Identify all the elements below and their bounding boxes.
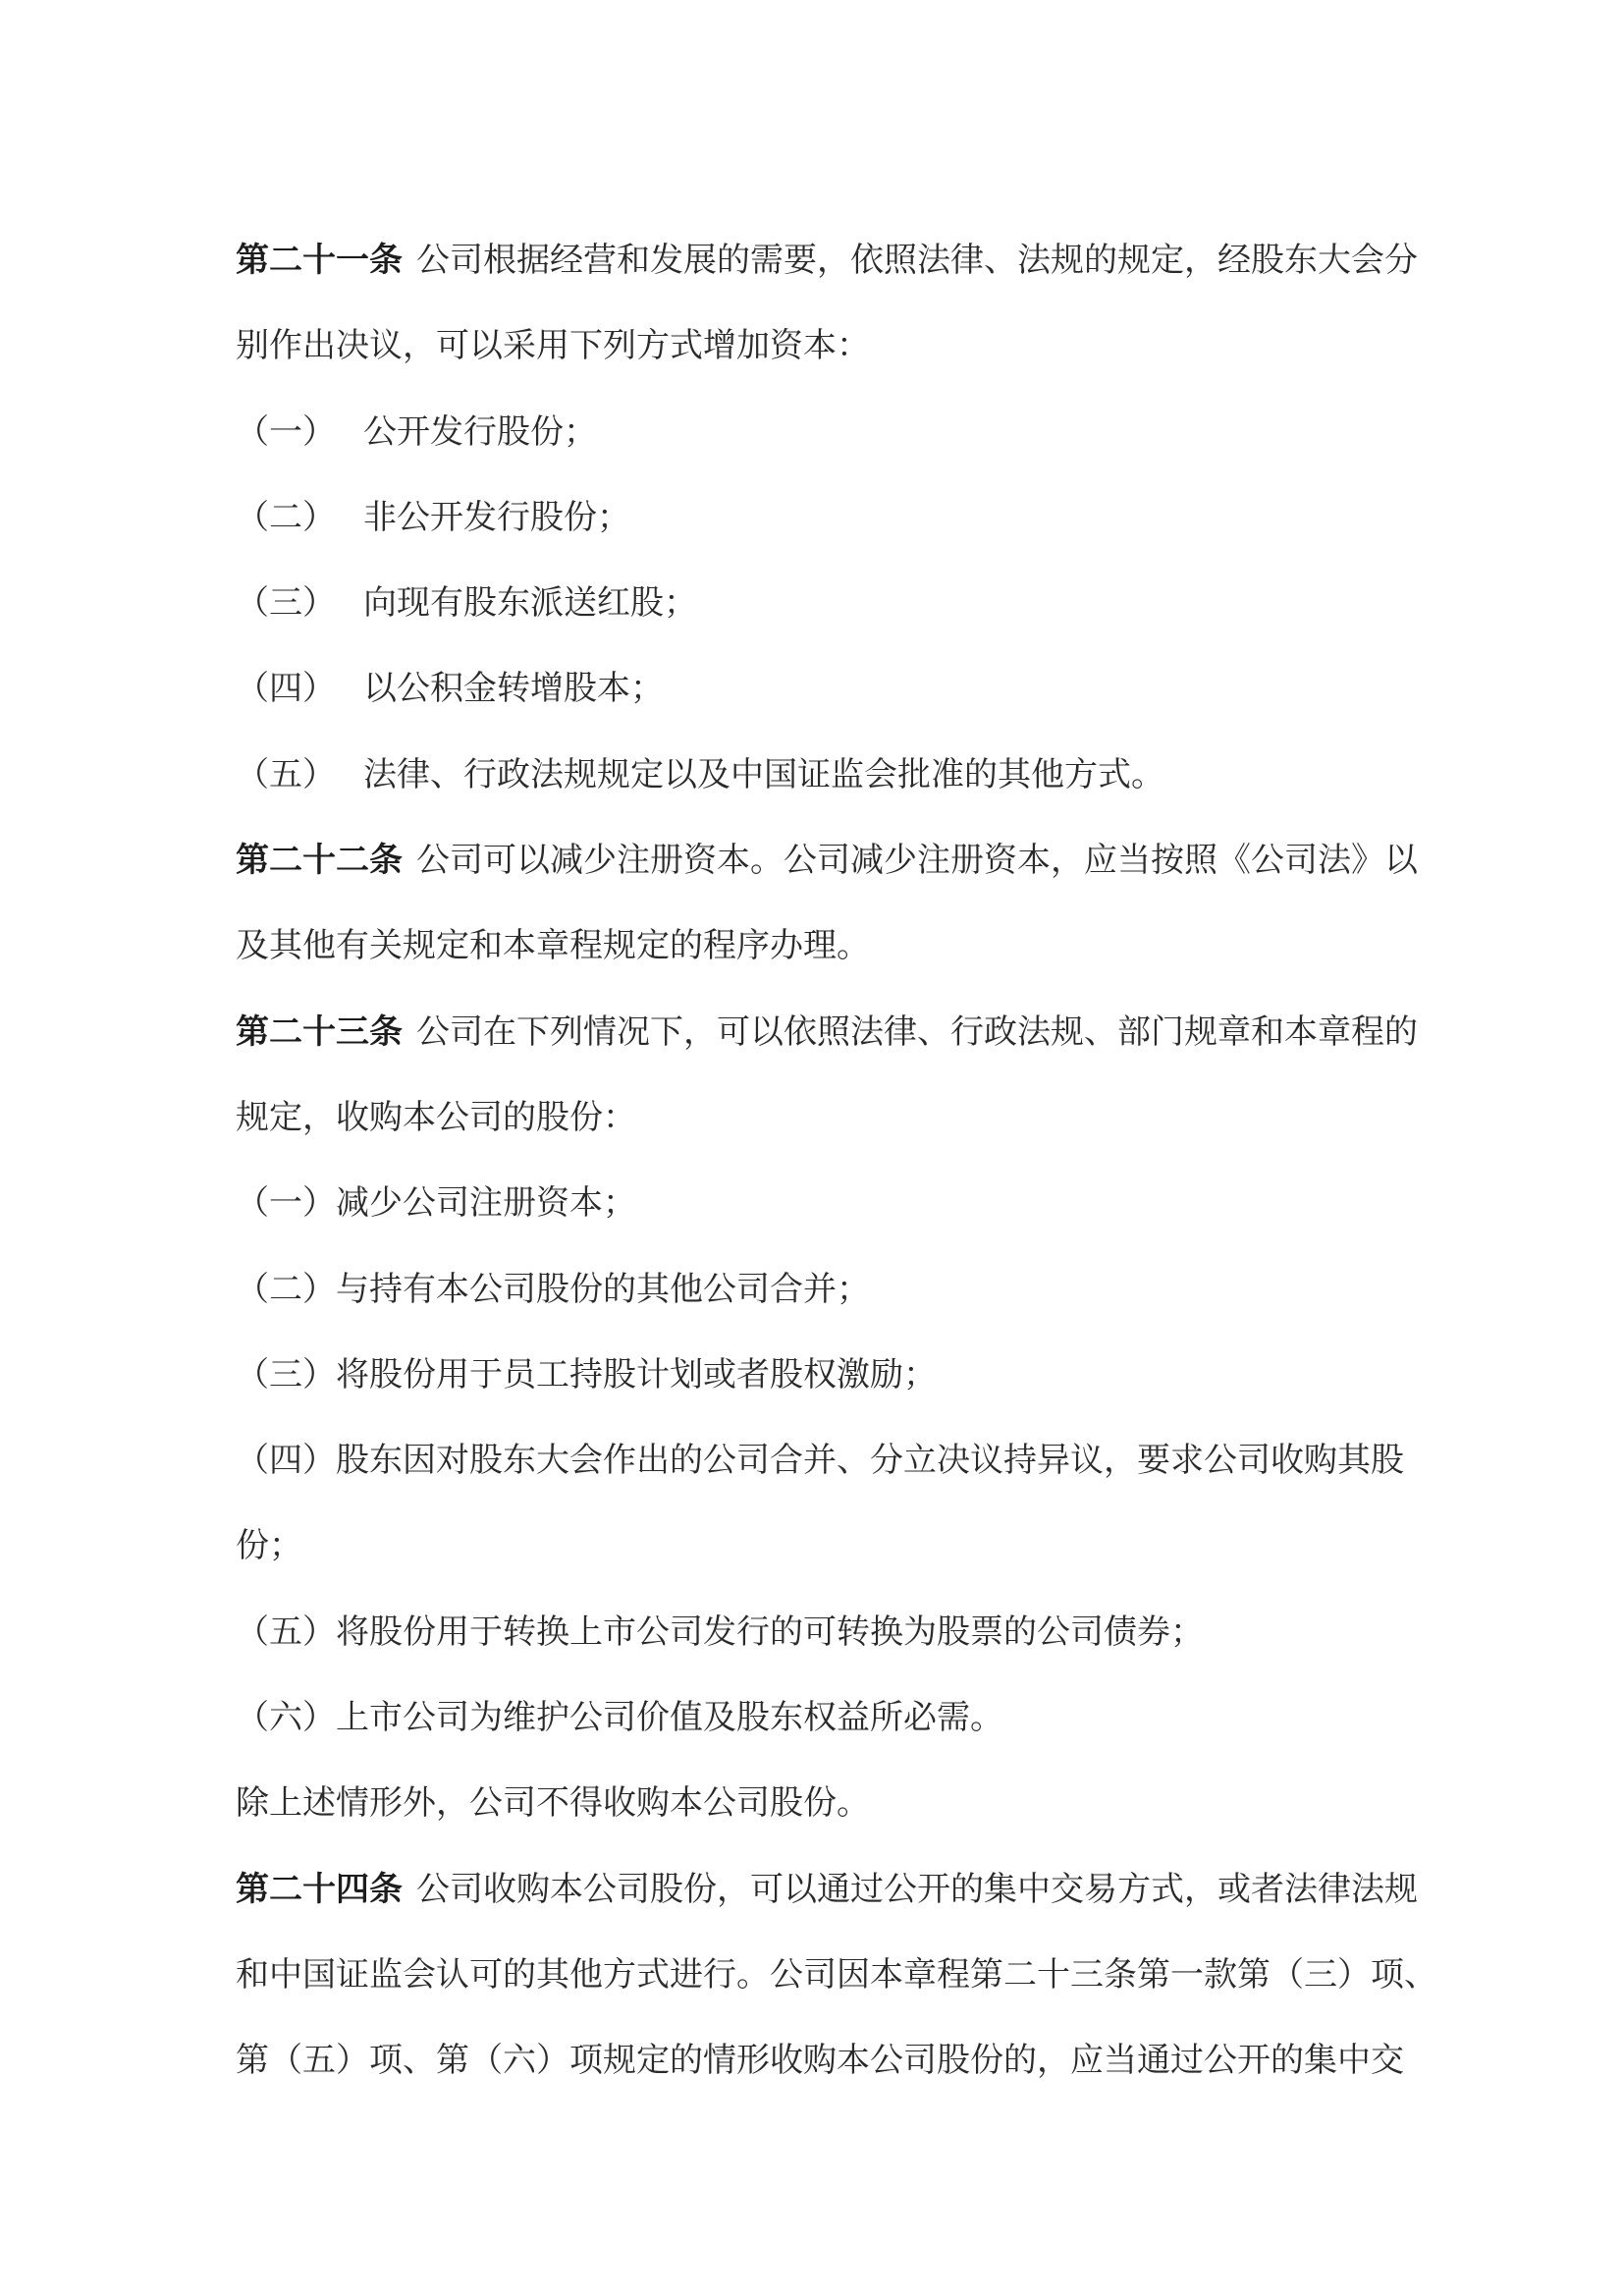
article-heading: 第二十三条 [236,1012,403,1052]
article-heading: 第二十二条 [236,841,403,880]
article-text: 别作出决议，可以采用下列方式增加资本： [236,326,870,365]
document-page: 第二十一条公司根据经营和发展的需要，依照法律、法规的规定，经股东大会分 别作出决… [236,218,1404,2105]
item-text: 份； [236,1526,302,1565]
article-text: 除上述情形外，公司不得收购本公司股份。 [236,1783,870,1823]
article-22-line-2: 及其他有关规定和本章程规定的程序办理。 [236,903,1404,989]
article-24-line-2: 和中国证监会认可的其他方式进行。公司因本章程第二十三条第一款第（三）项、 [236,1933,1404,2018]
item-marker: （二） [236,475,336,561]
item-marker: （五） [236,733,336,818]
article-text: 公司可以减少注册资本。公司减少注册资本，应当按照《公司法》以 [416,841,1418,880]
list-item: （一）公开发行股份； [236,390,1404,475]
article-21-line-1: 第二十一条公司根据经营和发展的需要，依照法律、法规的规定，经股东大会分 [236,218,1404,303]
article-text: 和中国证监会认可的其他方式进行。公司因本章程第二十三条第一款第（三）项、 [236,1955,1437,1995]
item-marker: （四） [236,646,336,732]
article-22-line-1: 第二十二条公司可以减少注册资本。公司减少注册资本，应当按照《公司法》以 [236,818,1404,903]
list-item: （四）股东因对股东大会作出的公司合并、分立决议持异议，要求公司收购其股 [236,1418,1404,1503]
item-marker: （五） [236,1613,336,1652]
article-23-closing: 除上述情形外，公司不得收购本公司股份。 [236,1761,1404,1846]
article-text: 公司根据经营和发展的需要，依照法律、法规的规定，经股东大会分 [416,241,1418,280]
item-text: 股东因对股东大会作出的公司合并、分立决议持异议，要求公司收购其股 [336,1441,1404,1480]
article-24-line-1: 第二十四条公司收购本公司股份，可以通过公开的集中交易方式，或者法律法规 [236,1847,1404,1933]
item-text: 将股份用于转换上市公司发行的可转换为股票的公司债券； [336,1613,1204,1652]
article-text: 及其他有关规定和本章程规定的程序办理。 [236,926,870,965]
article-text: 公司在下列情况下，可以依照法律、行政法规、部门规章和本章程的 [416,1012,1418,1052]
item-marker: （三） [236,561,336,646]
list-item: （四）以公积金转增股本； [236,646,1404,732]
list-item: （六）上市公司为维护公司价值及股东权益所必需。 [236,1675,1404,1761]
article-heading: 第二十四条 [236,1870,403,1909]
list-item: （三）将股份用于员工持股计划或者股权激励； [236,1333,1404,1418]
item-marker: （一） [236,390,336,475]
item-marker: （一） [236,1183,336,1223]
item-text: 上市公司为维护公司价值及股东权益所必需。 [336,1698,1003,1737]
list-item: （五）将股份用于转换上市公司发行的可转换为股票的公司债券； [236,1590,1404,1675]
article-23-line-1: 第二十三条公司在下列情况下，可以依照法律、行政法规、部门规章和本章程的 [236,990,1404,1075]
list-item: （一）减少公司注册资本； [236,1161,1404,1246]
article-24-line-3: 第（五）项、第（六）项规定的情形收购本公司股份的，应当通过公开的集中交 [236,2018,1404,2104]
list-item-continuation: 份； [236,1503,1404,1589]
list-item: （二）非公开发行股份； [236,475,1404,561]
list-item: （二）与持有本公司股份的其他公司合并； [236,1247,1404,1333]
item-text: 以公积金转增股本； [363,669,664,708]
item-text: 法律、行政法规规定以及中国证监会批准的其他方式。 [363,755,1164,794]
article-21-line-2: 别作出决议，可以采用下列方式增加资本： [236,303,1404,389]
item-marker: （六） [236,1698,336,1737]
item-text: 将股份用于员工持股计划或者股权激励； [336,1355,937,1394]
item-text: 向现有股东派送红股； [363,583,697,623]
article-text: 规定，收购本公司的股份： [236,1098,636,1137]
item-marker: （四） [236,1441,336,1480]
article-text: 公司收购本公司股份，可以通过公开的集中交易方式，或者法律法规 [416,1870,1418,1909]
item-text: 与持有本公司股份的其他公司合并； [336,1270,870,1309]
list-item: （三）向现有股东派送红股； [236,561,1404,646]
item-text: 非公开发行股份； [363,498,630,537]
article-23-line-2: 规定，收购本公司的股份： [236,1075,1404,1161]
item-marker: （三） [236,1355,336,1394]
item-marker: （二） [236,1270,336,1309]
article-text: 第（五）项、第（六）项规定的情形收购本公司股份的，应当通过公开的集中交 [236,2041,1404,2080]
article-heading: 第二十一条 [236,241,403,280]
item-text: 公开发行股份； [363,412,597,452]
item-text: 减少公司注册资本； [336,1183,636,1223]
list-item: （五）法律、行政法规规定以及中国证监会批准的其他方式。 [236,733,1404,818]
